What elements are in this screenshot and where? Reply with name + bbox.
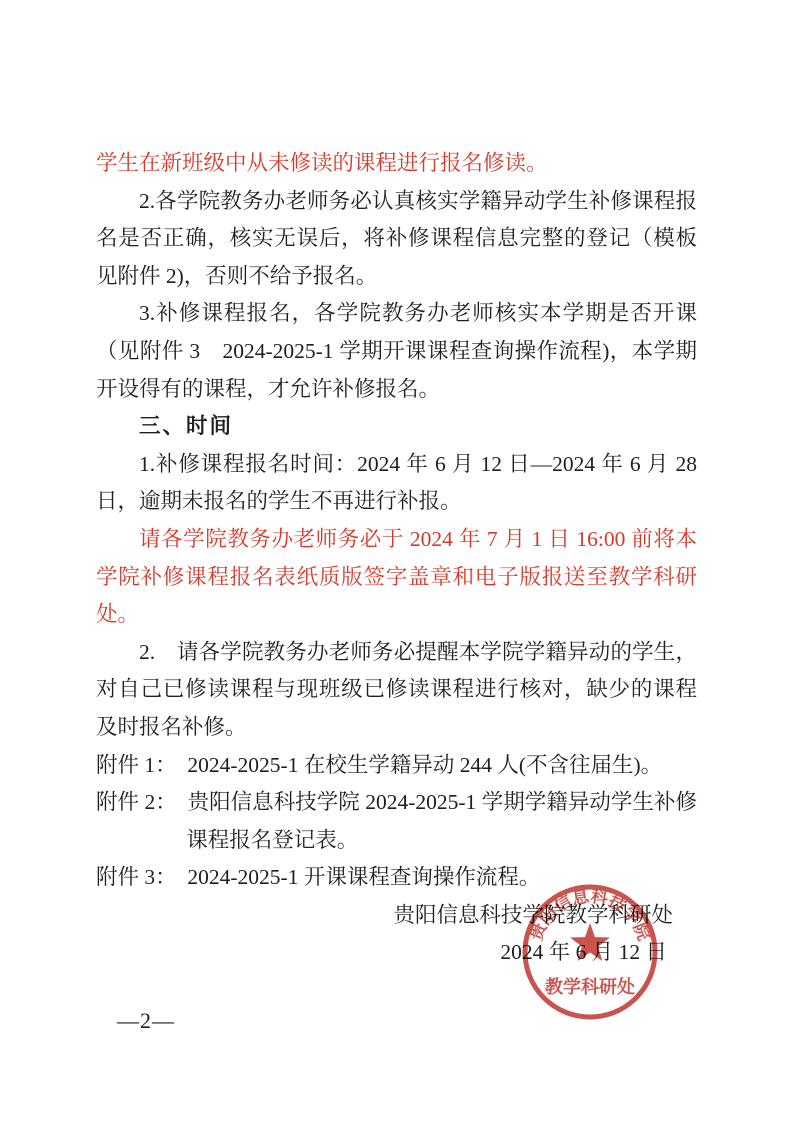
official-seal-stamp: 贵阳信息科技学院 教学科研处 — [510, 872, 670, 1032]
attachment-item-2: 附件 2： 贵阳信息科技学院 2024-2025-1 学期学籍异动学生补修课程报… — [96, 784, 697, 859]
paragraph-carryover-red: 学生在新班级中从未修读的课程进行报名修读。 — [96, 145, 697, 183]
paragraph-rule-2: 2.各学院教务办老师务必认真核实学籍异动学生补修课程报名是否正确，核实无误后，将… — [96, 183, 697, 296]
document-page: 学生在新班级中从未修读的课程进行报名修读。 2.各学院教务办老师务必认真核实学籍… — [0, 0, 793, 1122]
document-body: 学生在新班级中从未修读的课程进行报名修读。 2.各学院教务办老师务必认真核实学籍… — [96, 145, 697, 972]
seal-star-icon — [570, 923, 610, 961]
paragraph-rule-3: 3.补修课程报名，各学院教务办老师核实本学期是否开课（见附件 3 2024-20… — [96, 295, 697, 408]
paragraph-deadline-red: 请各学院教务办老师务必于 2024 年 7 月 1 日 16:00 前将本学院补… — [96, 521, 697, 634]
section-heading-time: 三、时间 — [96, 408, 697, 446]
seal-bottom-text: 教学科研处 — [544, 976, 635, 997]
page-number: —2— — [117, 1008, 175, 1034]
attachment-item-1: 附件 1： 2024-2025-1 在校生学籍异动 244 人(不含往届生)。 — [96, 747, 697, 785]
paragraph-time-1: 1.补修课程报名时间：2024 年 6 月 12 日—2024 年 6 月 28… — [96, 446, 697, 521]
paragraph-time-2: 2. 请各学院教务办老师务必提醒本学院学籍异动的学生，对自己已修读课程与现班级已… — [96, 634, 697, 747]
